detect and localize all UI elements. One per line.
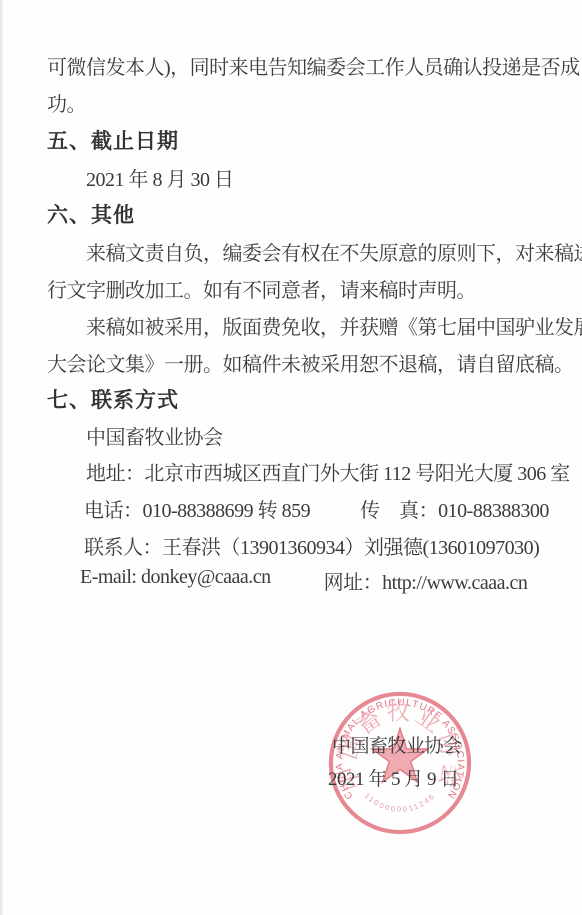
paragraph-continued-line-1: 可微信发本人)，同时来电告知编委会工作人员确认投递是否成	[47, 51, 580, 80]
contact-persons: 联系人：王春洪（13901360934）刘强德(13601097030)	[84, 531, 539, 560]
deadline-date: 2021 年 8 月 30 日	[86, 163, 234, 192]
other-paragraph1-line-2: 行文字删改加工。如有不同意者，请来稿时声明。	[47, 274, 476, 303]
official-seal-stamp: CHINA ANIMAL AGRICULTURE ASSOCIATION 中国畜…	[326, 688, 474, 838]
paragraph-continued-line-2: 功。	[47, 88, 86, 117]
seal-serial-number: 1100000011246	[363, 791, 438, 814]
email-website-line: E-mail: donkey@caaa.cn 网址：http://www.caa…	[80, 566, 527, 595]
phone-number: 电话：010-88388699 转 859	[84, 494, 310, 523]
other-paragraph1-line-1: 来稿文责自负，编委会有权在不失原意的原则下，对来稿进	[86, 237, 582, 266]
section-heading-deadline: 五、截止日期	[47, 125, 179, 155]
signature-date: 2021 年 5 月 9 日	[328, 764, 459, 791]
document-page: 可微信发本人)，同时来电告知编委会工作人员确认投递是否成 功。 五、截止日期 2…	[0, 0, 582, 915]
phone-fax-line: 电话：010-88388699 转 859 传 真：010-88388300	[84, 494, 549, 523]
section-heading-contact: 七、联系方式	[47, 384, 179, 414]
other-paragraph2-line-2: 大会论文集》一册。如稿件未被采用恕不退稿，请自留底稿。	[47, 348, 574, 377]
website-url: 网址：http://www.caaa.cn	[324, 566, 528, 595]
organization-name: 中国畜牧业协会	[86, 421, 223, 450]
scan-edge-shadow	[0, 0, 4, 915]
other-paragraph2-line-1: 来稿如被采用，版面费免收，并获赠《第七届中国驴业发展	[86, 311, 582, 340]
email-address: E-mail: donkey@caaa.cn	[80, 566, 271, 595]
section-heading-other: 六、其他	[47, 199, 135, 229]
fax-number: 传 真：010-88388300	[360, 494, 549, 523]
signature-organization: 中国畜牧业协会	[332, 731, 462, 758]
address-line: 地址：北京市西城区西直门外大街 112 号阳光大厦 306 室	[86, 457, 570, 486]
